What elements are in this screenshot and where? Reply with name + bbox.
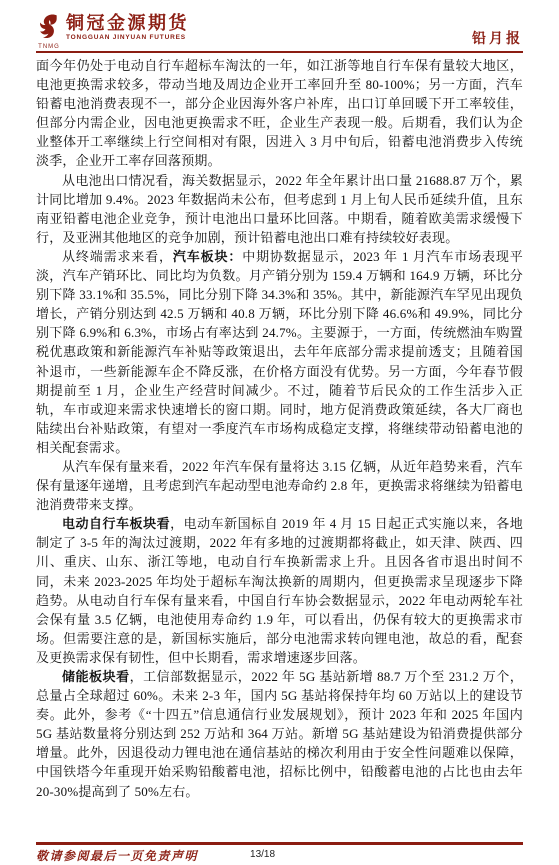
brand-name-chinese: 铜冠金源期货 — [66, 13, 189, 34]
paragraph-text: 从电池出口情况看，海关数据显示，2022 年全年累计出口量 21688.87 万… — [36, 173, 523, 245]
paragraph: 从电池出口情况看，海关数据显示，2022 年全年累计出口量 21688.87 万… — [36, 171, 523, 247]
paragraph: 从终端需求来看，汽车板块：中期协数据显示，2023 年 1 月汽车市场表现平淡，… — [36, 247, 523, 457]
paragraph-text: ，工信部数据显示，2022 年 5G 基站新增 88.7 万个至 231.2 万… — [36, 669, 523, 799]
brand-text: 铜冠金源期货 TONGGUAN JINYUAN FUTURES — [66, 13, 189, 42]
page-footer: 敬请参阅最后一页免责声明 13/18 — [36, 847, 523, 864]
body-paragraphs: 面今年仍处于电动自行车超标车淘汰的一年，如江浙等地自行车保有量较大地区，电池更换… — [36, 56, 523, 819]
paragraph-text: ，电动车新国标自 2019 年 4 月 15 日起正式实施以来，各地制定了 3-… — [36, 516, 523, 665]
paragraph: 储能板块看，工信部数据显示，2022 年 5G 基站新增 88.7 万个至 23… — [36, 667, 523, 801]
disclaimer-text: 敬请参阅最后一页免责声明 — [36, 847, 198, 864]
paragraph-emphasis: 汽车板块： — [173, 249, 242, 264]
paragraph-text: 中期协数据显示，2023 年 1 月汽车市场表现平淡，汽车产销环比、同比均为负数… — [36, 249, 523, 455]
brand-name-english: TONGGUAN JINYUAN FUTURES — [66, 34, 189, 42]
page-number: 13/18 — [250, 847, 275, 860]
brand-abbreviation: TNMG — [38, 44, 60, 50]
phoenix-bird-icon — [37, 13, 61, 44]
brand-logo: TNMG 铜冠金源期货 TONGGUAN JINYUAN FUTURES — [36, 13, 189, 50]
header-divider — [36, 51, 523, 53]
paragraph-text: 从汽车保有量来看，2022 年汽车保有量将达 3.15 亿辆，从近年趋势来看，汽… — [36, 459, 523, 512]
report-title: 铅月报 — [472, 28, 523, 50]
report-page: TNMG 铜冠金源期货 TONGGUAN JINYUAN FUTURES 铅月报… — [0, 0, 559, 865]
paragraph: 面今年仍处于电动自行车超标车淘汰的一年，如江浙等地自行车保有量较大地区，电池更换… — [36, 56, 523, 171]
paragraph: 电动自行车板块看，电动车新国标自 2019 年 4 月 15 日起正式实施以来，… — [36, 514, 523, 667]
page-header: TNMG 铜冠金源期货 TONGGUAN JINYUAN FUTURES 铅月报 — [36, 6, 523, 50]
paragraph-text: 面今年仍处于电动自行车超标车淘汰的一年，如江浙等地自行车保有量较大地区，电池更换… — [36, 58, 523, 168]
paragraph-emphasis: 储能板块看 — [62, 669, 130, 684]
paragraph: 从汽车保有量来看，2022 年汽车保有量将达 3.15 亿辆，从近年趋势来看，汽… — [36, 457, 523, 514]
footer-divider — [36, 842, 523, 845]
paragraph-emphasis: 电动自行车板块看 — [62, 516, 170, 531]
brand-mark: TNMG — [36, 13, 62, 50]
paragraph-text: 从终端需求来看， — [62, 249, 173, 264]
